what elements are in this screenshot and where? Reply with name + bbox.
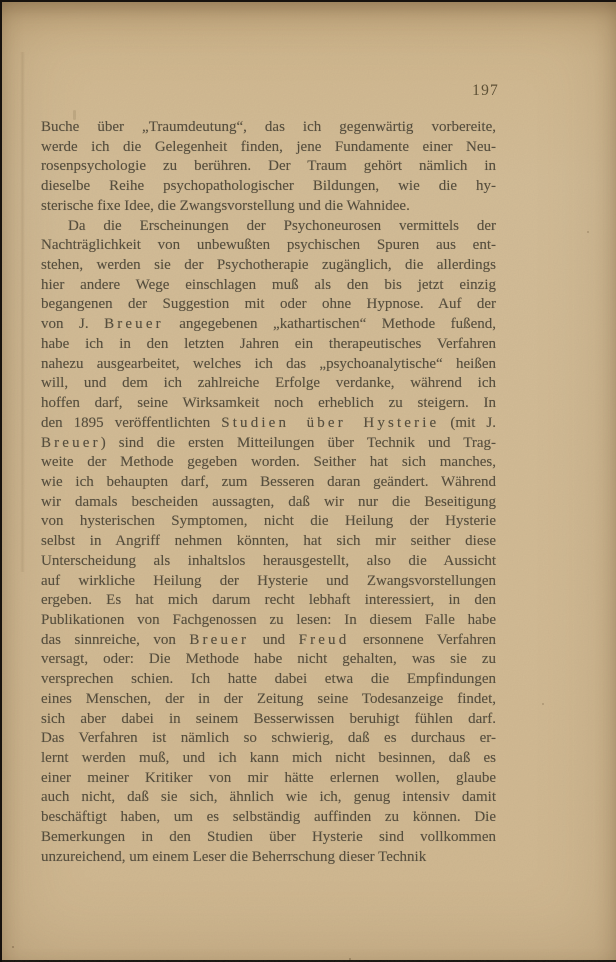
text-line: Da die Erscheinungen der Psychoneurosen … (41, 217, 496, 237)
text-line: hoffen darf, seine Wirksamkeit noch erhe… (41, 394, 496, 414)
text-segment: einer meiner Kritiker von mir hätte erle… (41, 770, 496, 786)
text-line: sterische fixe Idee, die Zwangsvorstellu… (41, 197, 496, 217)
text-line: Publikationen von Fachgenossen zu lesen:… (41, 611, 496, 631)
text-line: wir damals bescheiden aussagten, daß wir… (41, 493, 496, 513)
text-line: Buche über „Traumdeutung“, das ich gegen… (41, 118, 496, 138)
text-segment: Da die Erscheinungen der Psychoneurosen … (68, 218, 496, 234)
text-segment: wir damals bescheiden aussagten, daß wir… (41, 494, 496, 510)
text-line: auf wirkliche Heilung der Hysterie und Z… (41, 572, 496, 592)
letterspaced-name: Breuer (41, 435, 101, 451)
paper-crease (20, 52, 25, 572)
text-line: rosenpsychologie zu berühren. Der Traum … (41, 157, 496, 177)
text-segment: angegebenen „kathartischen“ Methode fuße… (164, 316, 496, 332)
text-segment: Buche über „Traumdeutung“, das ich gegen… (41, 119, 496, 135)
text-line: beschäftigt haben, um es selbständig auf… (41, 808, 496, 828)
text-segment: ergeben. Es hat mich darum recht lebhaft… (41, 592, 496, 608)
book-page: 197 Buche über „Traumdeutung“, das ich g… (0, 0, 616, 960)
text-segment: Unterscheidung als inhaltslos herausgest… (41, 553, 496, 569)
text-segment: ersonnene Verfahren (349, 632, 496, 648)
text-segment: hier andere Wege einschlagen muß als den… (41, 277, 496, 293)
letterspaced-name: Breuer (189, 632, 249, 648)
text-segment: (mit J. (439, 415, 496, 431)
text-line: Nachträglichkeit von unbewußten psychisc… (41, 236, 496, 256)
text-segment: will, und dem ich zahlreiche Erfolge ver… (41, 375, 496, 391)
text-segment: werde ich die Gelegenheit finden, jene F… (41, 139, 496, 155)
letterspaced-name: Breuer (104, 316, 164, 332)
text-line: eines Menschen, der in der Zeitung seine… (41, 690, 496, 710)
text-segment: Publikationen von Fachgenossen zu lesen:… (41, 612, 496, 628)
text-line: begangenen der Suggestion mit oder ohne … (41, 295, 496, 315)
text-segment: auch nicht, daß sie sich, ähnlich wie ic… (41, 789, 496, 805)
text-line: sich aber dabei in seinem Besserwissen b… (41, 710, 496, 730)
text-segment: sterische fixe Idee, die Zwangsvorstellu… (41, 198, 410, 214)
text-line: weite der Methode gegeben worden. Seithe… (41, 453, 496, 473)
text-line: unzureichend, um einem Leser die Beherrs… (41, 848, 496, 868)
paper-speck (587, 231, 589, 233)
text-segment: eines Menschen, der in der Zeitung seine… (41, 691, 496, 707)
text-segment: nahezu ausgearbeitet, welches ich das „p… (41, 356, 496, 372)
text-segment: dieselbe Reihe psychopathologischer Bild… (41, 178, 496, 194)
text-segment: Nachträglichkeit von unbewußten psychisc… (41, 237, 496, 253)
text-line: dieselbe Reihe psychopathologischer Bild… (41, 177, 496, 197)
text-segment: hoffen darf, seine Wirksamkeit noch erhe… (41, 395, 496, 411)
text-line: wie ich behaupten darf, zum Besseren dar… (41, 473, 496, 493)
text-segment: das sinnreiche, von (41, 632, 189, 648)
text-line: lernt werden muß, und ich kann mich nich… (41, 749, 496, 769)
paper-speck (542, 703, 544, 705)
text-segment: ) sind die ersten Mitteilungen über Tech… (101, 435, 496, 451)
text-line: werde ich die Gelegenheit finden, jene F… (41, 138, 496, 158)
text-segment: stehen, werden sie der Psychotherapie zu… (41, 257, 496, 273)
text-segment: auf wirkliche Heilung der Hysterie und Z… (41, 573, 496, 589)
text-segment: unzureichend, um einem Leser die Beherrs… (41, 849, 426, 865)
text-line: von hysterischen Symptomen, nicht die He… (41, 512, 496, 532)
text-segment: beschäftigt haben, um es selbständig auf… (41, 809, 496, 825)
text-segment: wie ich behaupten darf, zum Besseren dar… (41, 474, 496, 490)
text-line: hier andere Wege einschlagen muß als den… (41, 276, 496, 296)
text-segment: versagt, oder: Die Methode habe nicht ge… (41, 651, 496, 667)
text-segment: weite der Methode gegeben worden. Seithe… (41, 454, 496, 470)
text-block: Buche über „Traumdeutung“, das ich gegen… (41, 118, 496, 867)
text-segment: selbst in Angriff nehmen könnten, hat si… (41, 533, 496, 549)
text-segment: von hysterischen Symptomen, nicht die He… (41, 513, 496, 529)
text-line: versprechen schien. Ich hatte dabei etwa… (41, 670, 496, 690)
text-line: den 1895 veröffentlichten Studien über H… (41, 414, 496, 434)
text-segment: rosenpsychologie zu berühren. Der Traum … (41, 158, 496, 174)
letterspaced-name: Studien über Hysterie (221, 415, 439, 431)
text-segment: den 1895 veröffentlichten (41, 415, 221, 431)
text-segment: versprechen schien. Ich hatte dabei etwa… (41, 671, 496, 687)
text-line: das sinnreiche, von Breuer und Freud ers… (41, 631, 496, 651)
text-line: will, und dem ich zahlreiche Erfolge ver… (41, 374, 496, 394)
text-line: einer meiner Kritiker von mir hätte erle… (41, 769, 496, 789)
text-line: von J. Breuer angegebenen „kathartischen… (41, 315, 496, 335)
text-line: Das Verfahren ist nämlich so schwierig, … (41, 729, 496, 749)
text-line: auch nicht, daß sie sich, ähnlich wie ic… (41, 788, 496, 808)
text-segment: Das Verfahren ist nämlich so schwierig, … (41, 730, 496, 746)
text-segment: habe ich in den letzten Jahren ein thera… (41, 336, 496, 352)
text-line: stehen, werden sie der Psychotherapie zu… (41, 256, 496, 276)
text-line: Breuer) sind die ersten Mitteilungen übe… (41, 434, 496, 454)
text-segment: von J. (41, 316, 104, 332)
text-segment: begangenen der Suggestion mit oder ohne … (41, 296, 496, 312)
text-line: habe ich in den letzten Jahren ein thera… (41, 335, 496, 355)
paper-speck (12, 946, 14, 948)
text-segment: lernt werden muß, und ich kann mich nich… (41, 750, 496, 766)
text-segment: Bemerkungen in den Studien über Hysterie… (41, 829, 496, 845)
text-line: Bemerkungen in den Studien über Hysterie… (41, 828, 496, 848)
letterspaced-name: Freud (299, 632, 350, 648)
text-line: selbst in Angriff nehmen könnten, hat si… (41, 532, 496, 552)
text-line: nahezu ausgearbeitet, welches ich das „p… (41, 355, 496, 375)
text-line: ergeben. Es hat mich darum recht lebhaft… (41, 591, 496, 611)
text-segment: sich aber dabei in seinem Besserwissen b… (41, 711, 496, 727)
text-line: versagt, oder: Die Methode habe nicht ge… (41, 650, 496, 670)
text-segment: und (249, 632, 299, 648)
page-number: 197 (399, 82, 499, 100)
text-line: Unterscheidung als inhaltslos herausgest… (41, 552, 496, 572)
